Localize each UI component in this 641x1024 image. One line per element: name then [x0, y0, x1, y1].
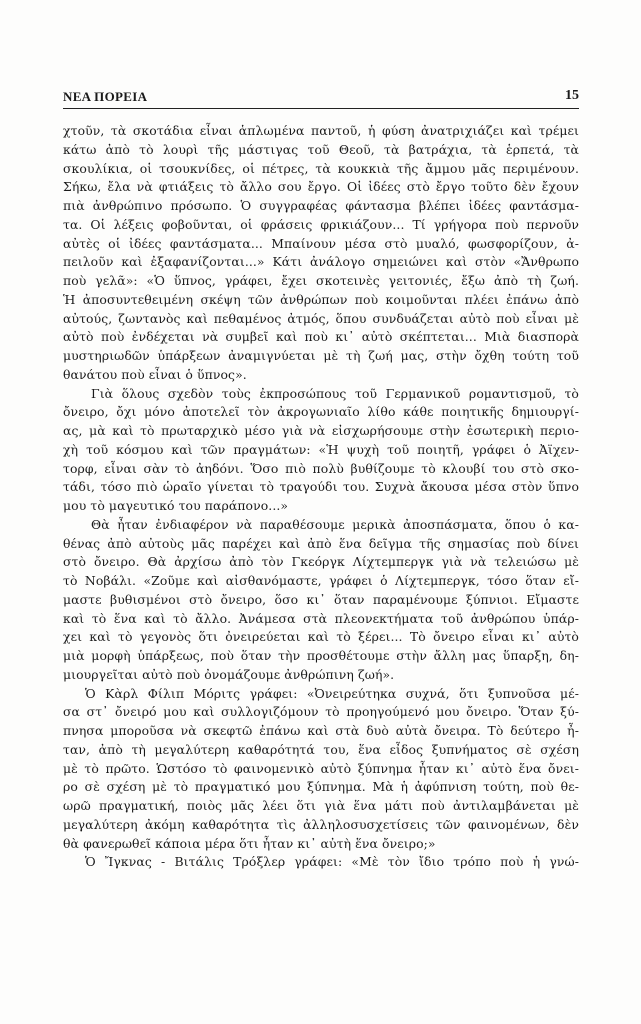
- text-line: Σήκω, ἔλα νὰ φτιάξεις τὸ ἄλλο σου ἔργο. …: [63, 178, 579, 197]
- text-line: στὸ ὄνειρο. Θὰ ἀρχίσω ἀπὸ τὸν Γκεόργκ Λί…: [63, 553, 579, 572]
- text-line: ρο σὲ σχέση μὲ τὸ πραγματικό μου ξύπνημα…: [63, 778, 579, 797]
- text-line: πειλοῦν καὶ ἐξαφανίζονται...» Κάτι ἀνάλο…: [63, 253, 579, 272]
- paragraph-start-line: Ὁ Κὰρλ Φίλιπ Μόριτς γράφει: «Ὀνειρεύτηκα…: [63, 685, 579, 704]
- text-line: ταν, ἀπὸ τὴ μεγαλύτερη καθαρότητά του, ἕ…: [63, 741, 579, 760]
- text-line: μεγαλύτερη ἀκόμη καθαρότητα τὶς ἀλληλοσυ…: [63, 816, 579, 835]
- text-line: τα. Οἱ λέξεις φοβοῦνται, οἱ φράσεις φρικ…: [63, 216, 579, 235]
- text-line: αὐτούς, ζωντανὸς καὶ πεθαμένος ἀτμός, ὅπ…: [63, 310, 579, 329]
- text-line: τορφ, εἶναι σὰν τὸ ἀηδόνι. Ὅσο πιὸ πολὺ …: [63, 460, 579, 479]
- text-line: χτοῦν, τὰ σκοτάδια εἶναι ἁπλωμένα παντοῦ…: [63, 122, 579, 141]
- page-number: 15: [565, 88, 579, 104]
- text-line: τάδι, τόσο πιὸ ὡραῖο γίνεται τὸ τραγούδι…: [63, 478, 579, 497]
- text-line: χὴ τοῦ κόσμου καὶ τῶν πραγμάτων: «Ἡ ψυχὴ…: [63, 441, 579, 460]
- text-line: μαστε βυθισμένοι στὸ ὄνειρο, ὅσο κι᾽ ὅτα…: [63, 591, 579, 610]
- paragraph-end-line: μιουργεῖται αὐτὸ ποὺ ὀνομάζουμε ἀνθρώπιν…: [63, 666, 579, 685]
- text-line: πνησα μποροῦσα νὰ σκεφτῶ ἐπάνω καὶ στὰ δ…: [63, 722, 579, 741]
- text-line: θένας ἀπὸ αὐτοὺς μᾶς παρέχει καὶ ἀπὸ ἕνα…: [63, 535, 579, 554]
- text-line: ὄνειρο, ὄχι μόνο ἀποτελεῖ τὸν ἀκρογωνιαῖ…: [63, 403, 579, 422]
- text-line: κάτω ἀπὸ τὸ λουρὶ τῆς μάστιγας τοῦ Θεοῦ,…: [63, 141, 579, 160]
- paragraph-end-line: θὰ φανερωθεῖ κάποια μέρα ὅτι ἦταν κι᾽ αὐ…: [63, 835, 579, 854]
- paragraph-end-line: θανάτου ποὺ εἶναι ὁ ὕπνος».: [63, 366, 579, 385]
- text-line: ωρῶ πραγματική, ποιὸς μᾶς λέει ὅτι γιὰ ἕ…: [63, 797, 579, 816]
- text-line: ας, μὰ καὶ τὸ πρωταρχικὸ μέσο γιὰ νὰ εἰσ…: [63, 422, 579, 441]
- text-line: ποὺ γελᾶ»: «Ὁ ὕπνος, γράφει, ἔχει σκοτει…: [63, 272, 579, 291]
- running-header: ΝΕΑ ΠΟΡΕΙΑ 15: [63, 88, 579, 109]
- text-line: μὲ τὸ πρῶτο. Ὡστόσο τὸ φαινομενικὸ αὐτὸ …: [63, 760, 579, 779]
- text-line: σκουλίκια, οἱ τσουκνίδες, οἱ πέτρες, τὰ …: [63, 160, 579, 179]
- paragraph-start-line: Θὰ ἦταν ἐνδιαφέρον νὰ παραθέσουμε μερικὰ…: [63, 516, 579, 535]
- text-line: καὶ τὸ ἕνα καὶ τὸ ἄλλο. Ἀνάμεσα στὰ πλεο…: [63, 610, 579, 629]
- paragraph-start-line: Γιὰ ὅλους σχεδὸν τοὺς ἐκπροσώπους τοῦ Γε…: [63, 385, 579, 404]
- paragraph-start-line: Ὁ Ἴγκνας - Βιτάλις Τρόξλερ γράφει: «Μὲ τ…: [63, 853, 579, 872]
- text-line: σα στ᾽ ὄνειρό μου καὶ συλλογιζόμουν τὸ π…: [63, 703, 579, 722]
- running-title: ΝΕΑ ΠΟΡΕΙΑ: [63, 89, 147, 105]
- body-text: χτοῦν, τὰ σκοτάδια εἶναι ἁπλωμένα παντοῦ…: [63, 122, 579, 872]
- text-line: μυστηριωδῶν ὑπάρξεων ἀναμιγνύεται μὲ τὴ …: [63, 347, 579, 366]
- text-line: αὐτὲς οἱ ἰδέες φαντάσματα... Μπαίνουν μέ…: [63, 235, 579, 254]
- paragraph-end-line: μου τὸ μαγευτικό του παράπονο...»: [63, 497, 579, 516]
- text-line: αὐτὸ ποὺ ἐνδέχεται νὰ συμβεῖ καὶ ποὺ κι᾽…: [63, 328, 579, 347]
- text-line: μιὰ μορφὴ ὑπάρξεως, ποὺ ὅταν τὴν προσθέτ…: [63, 647, 579, 666]
- text-line: χει καὶ τὸ γεγονὸς ὅτι ὀνειρεύεται καὶ τ…: [63, 628, 579, 647]
- text-line: Ἡ ἀποσυντεθειμένη σκέψη τῶν ἀνθρώπων ποὺ…: [63, 291, 579, 310]
- book-page: ΝΕΑ ΠΟΡΕΙΑ 15 χτοῦν, τὰ σκοτάδια εἶναι ἁ…: [0, 0, 641, 1024]
- text-line: τὸ Νοβάλι. «Ζοῦμε καὶ αἰσθανόμαστε, γράφ…: [63, 572, 579, 591]
- text-line: πιὰ ἀνθρώπινο πρόσωπο. Ὁ συγγραφέας φάντ…: [63, 197, 579, 216]
